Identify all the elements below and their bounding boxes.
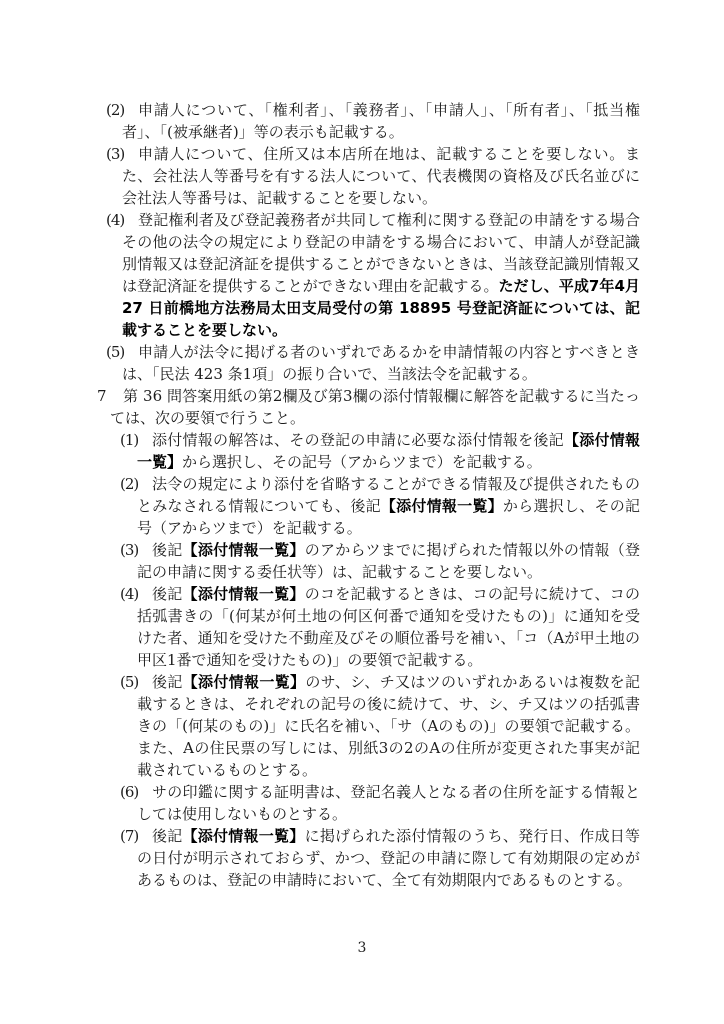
page-number: 3 [0,938,724,958]
item-marker: (5) [106,341,124,363]
item-marker: (3) [120,539,138,561]
body-text: 後記 [152,585,183,603]
document-body: (2)申請人について、「権利者」、「義務者」、「申請人」、「所有者」、「抵当権者… [0,99,724,891]
emphasis-text: 【添付情報一覧】 [183,541,305,559]
list-item: (5)申請人が法令に掲げる者のいずれであるかを申請情報の内容とすべきときは、「民… [0,341,724,385]
emphasis-text: 【添付情報一覧】 [183,673,306,691]
item-marker: 7 [97,385,107,407]
list-item: (4)登記権利者及び登記義務者が共同して権利に関する登記の申請をする場合その他の… [0,209,724,341]
item-marker: (3) [106,143,124,165]
list-item: (6)サの印鑑に関する証明書は、登記名義人となる者の住所を証する情報としては使用… [0,781,724,825]
body-text: 第 36 問答案用紙の第2欄及び第3欄の添付情報欄に解答を記載するに当たっては、… [110,387,640,427]
emphasis-text: 【添付情報一覧】 [381,497,503,515]
body-text: 申請人について、住所又は本店所在地は、記載することを要しない。また、会社法人等番… [122,145,640,207]
item-marker: (7) [120,825,138,847]
body-text: 申請人について、「権利者」、「義務者」、「申請人」、「所有者」、「抵当権者」、「… [122,101,640,141]
body-text: 後記 [152,541,183,559]
body-text: 申請人が法令に掲げる者のいずれであるかを申請情報の内容とすべきときは、「民法 4… [122,343,640,383]
item-marker: (4) [106,209,124,231]
list-item: (2)法令の規定により添付を省略することができる情報及び提供されたものとみなされ… [0,473,724,539]
body-text: 後記 [152,673,183,691]
body-text: から選択し、その記号（アからツまで）を記載する。 [182,453,542,471]
list-item: (2)申請人について、「権利者」、「義務者」、「申請人」、「所有者」、「抵当権者… [0,99,724,143]
item-marker: (2) [106,99,124,121]
document-page: (2)申請人について、「権利者」、「義務者」、「申請人」、「所有者」、「抵当権者… [0,0,724,1024]
list-item: (3)申請人について、住所又は本店所在地は、記載することを要しない。また、会社法… [0,143,724,209]
list-item: (7)後記【添付情報一覧】に掲げられた添付情報のうち、発行日、作成日等の日付が明… [0,825,724,891]
item-marker: (5) [120,671,138,693]
item-marker: (6) [120,781,138,803]
item-marker: (4) [120,583,138,605]
list-item: (1)添付情報の解答は、その登記の申請に必要な添付情報を後記【添付情報一覧】から… [0,429,724,473]
emphasis-text: 【添付情報一覧】 [183,827,305,845]
item-marker: (2) [120,473,138,495]
list-item: (3)後記【添付情報一覧】のアからツまでに掲げられた情報以外の情報（登記の申請に… [0,539,724,583]
item-marker: (1) [120,429,138,451]
list-item: (5)後記【添付情報一覧】のサ、シ、チ又はツのいずれかあるいは複数を記載するとき… [0,671,724,781]
list-item: 7第 36 問答案用紙の第2欄及び第3欄の添付情報欄に解答を記載するに当たっては… [0,385,724,429]
list-item: (4)後記【添付情報一覧】のコを記載するときは、コの記号に続けて、コの括弧書きの… [0,583,724,671]
body-text: 後記 [152,827,183,845]
body-text: 添付情報の解答は、その登記の申請に必要な添付情報を後記 [152,431,564,449]
body-text: サの印鑑に関する証明書は、登記名義人となる者の住所を証する情報としては使用しない… [137,783,640,823]
emphasis-text: 【添付情報一覧】 [183,585,305,603]
